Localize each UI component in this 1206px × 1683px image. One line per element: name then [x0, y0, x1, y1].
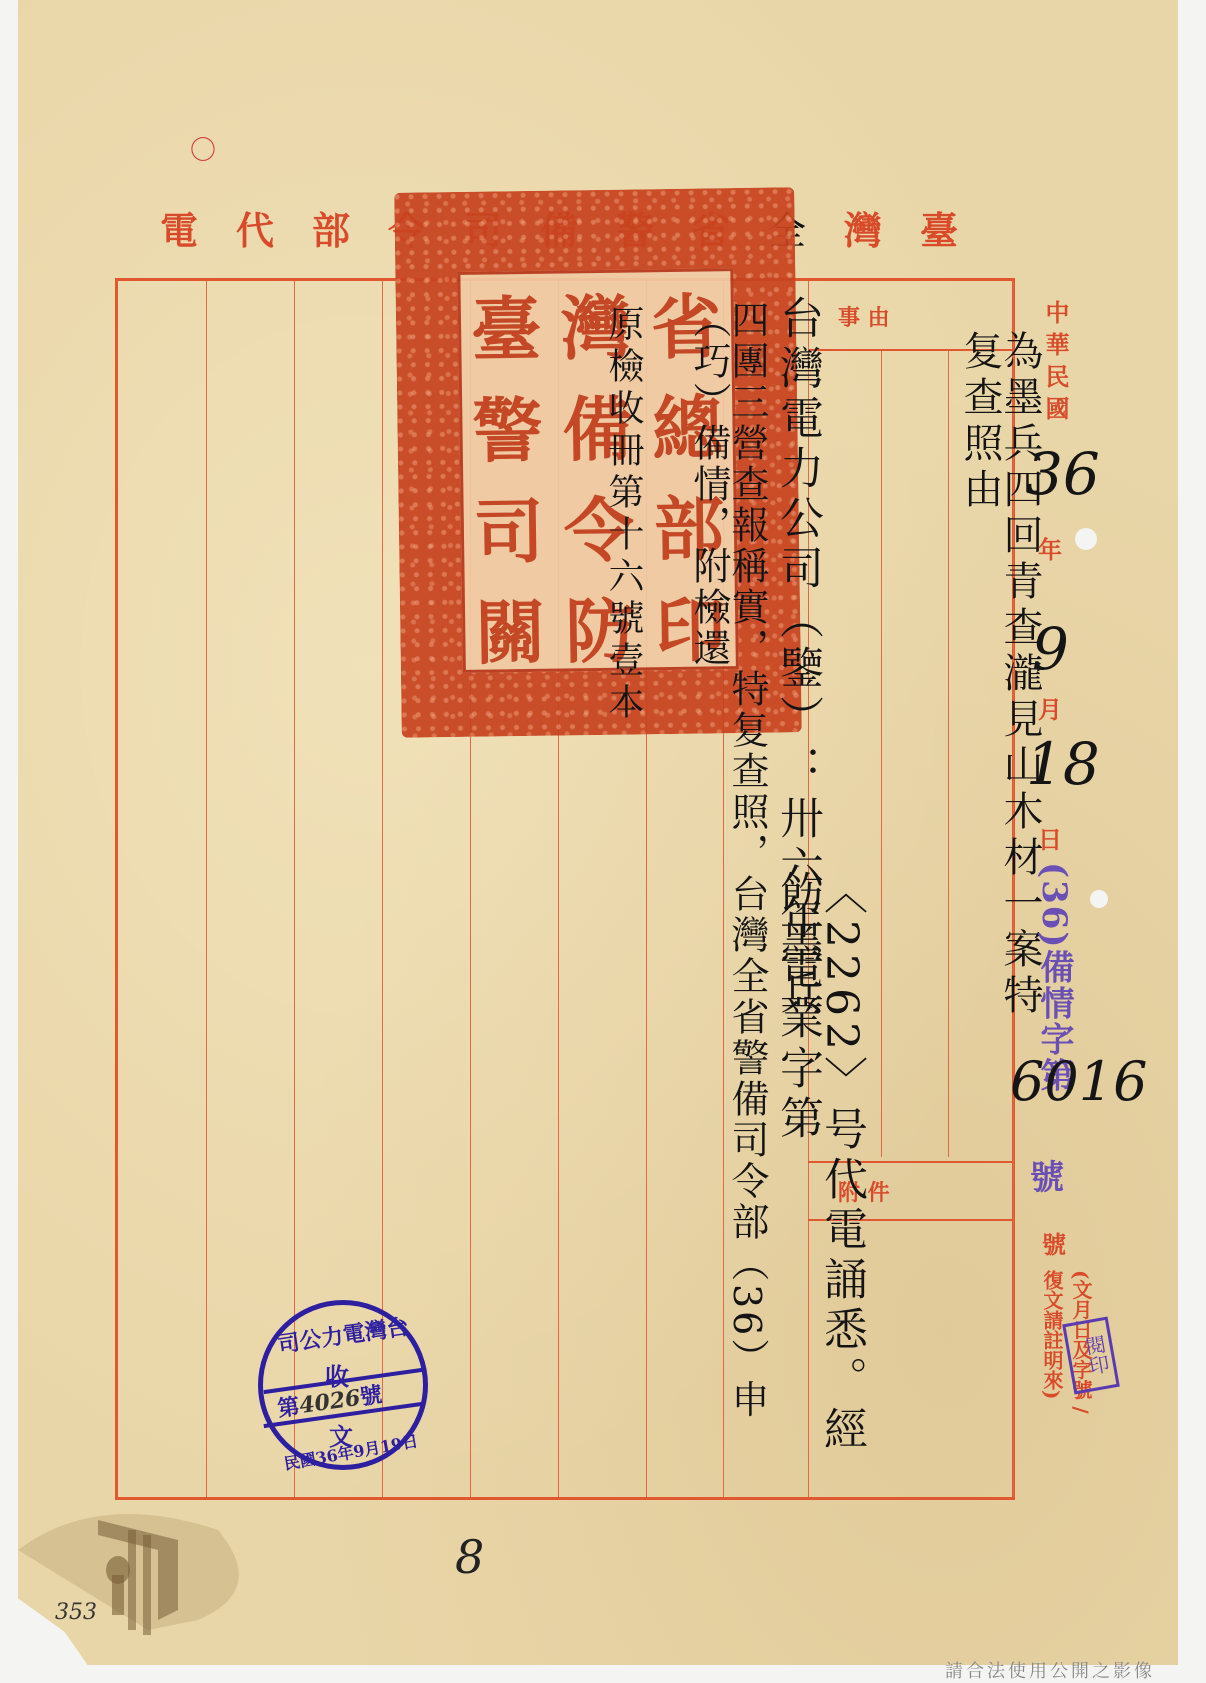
- seal-char: 警: [462, 375, 553, 477]
- body-column-3: 四團三營查報稱實，特复查照，台灣全省警備司令部（36）申（巧）備情，附檢還: [690, 300, 766, 1500]
- date-day: 18: [1026, 730, 1100, 798]
- punch-hole: [1090, 890, 1108, 908]
- subject-text: 為墨兵四回青查瀧見山木材一案特复查照由: [960, 330, 1040, 1030]
- header-char: 電: [150, 200, 210, 255]
- era-label: 中華民國: [1038, 300, 1073, 428]
- body-column-2: 〈2262〉号代電誦悉。經飭墨兵: [775, 870, 863, 1470]
- date-year: 36: [1026, 440, 1100, 508]
- header-char: 代: [226, 200, 286, 255]
- seal-char: 關: [465, 577, 556, 679]
- doc-number: 6016: [1010, 1050, 1147, 1113]
- subject-label: 事 由: [838, 301, 890, 332]
- month-label: 月: [1038, 690, 1062, 725]
- archive-logo-icon: [18, 1490, 258, 1665]
- body-column-4: 原檢收冊第十六號壹本: [605, 305, 641, 725]
- year-label: 年: [1038, 530, 1062, 565]
- header-char: 部: [302, 200, 362, 255]
- header-char: 臺: [910, 200, 970, 255]
- watermark: 請合法使用公開之影像: [945, 1657, 1155, 1683]
- seal-char: 司: [463, 476, 554, 578]
- punch-hole: [1075, 528, 1097, 550]
- day-label: 日: [1038, 820, 1062, 855]
- header-char: 灣: [834, 200, 894, 255]
- date-month: 9: [1032, 615, 1069, 683]
- receipt-stamp: 司公力電灣台 收 第4026號 文 民國36年9月19日: [258, 1300, 428, 1470]
- top-mark: 〇: [190, 130, 216, 167]
- number-label: 號: [1042, 1225, 1066, 1260]
- archive-number: 353: [55, 1600, 97, 1625]
- page-number: 8: [455, 1530, 484, 1584]
- doc-number-suffix: 號: [1030, 1150, 1064, 1199]
- seal-char: 臺: [460, 274, 551, 376]
